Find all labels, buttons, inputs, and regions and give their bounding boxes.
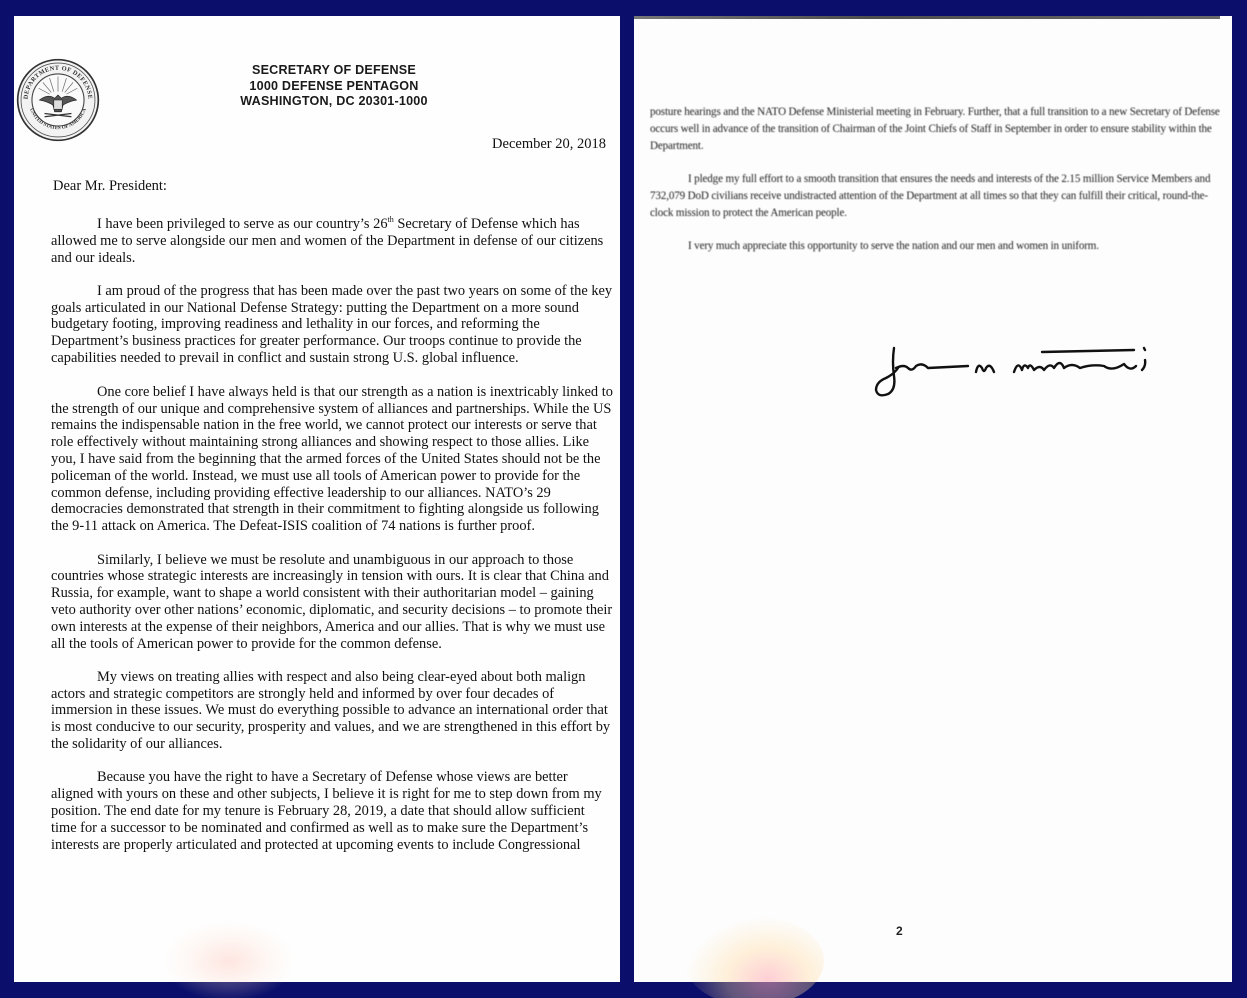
letterhead-title: SECRETARY OF DEFENSE [164, 63, 504, 79]
letter-date: December 20, 2018 [492, 136, 606, 153]
paper-stain [164, 921, 294, 998]
page-number: 2 [896, 924, 903, 938]
letter-page-2: posture hearings and the NATO Defense Mi… [634, 16, 1232, 982]
letterhead: SECRETARY OF DEFENSE 1000 DEFENSE PENTAG… [164, 63, 504, 110]
paragraph-2: I am proud of the progress that has been… [51, 283, 613, 367]
paper-stain [684, 916, 824, 998]
paragraph-pledge: I pledge my full effort to a smooth tran… [650, 171, 1220, 222]
scan-edge-line [634, 16, 1220, 19]
paragraph-3: One core belief I have always held is th… [51, 384, 613, 535]
paragraph-continued: posture hearings and the NATO Defense Mi… [650, 104, 1220, 155]
letter-body-page-2: posture hearings and the NATO Defense Mi… [650, 104, 1220, 272]
letterhead-city: WASHINGTON, DC 20301-1000 [164, 94, 504, 110]
salutation: Dear Mr. President: [53, 178, 167, 195]
department-of-defense-seal-icon: DEPARTMENT OF DEFENSE UNITED STATES OF A… [16, 58, 100, 142]
handwritten-signature-icon [872, 328, 1172, 404]
paragraph-1-text-start: I have been privileged to serve as our c… [97, 216, 388, 232]
paragraph-4: Similarly, I believe we must be resolute… [51, 552, 613, 653]
letter-page-1: DEPARTMENT OF DEFENSE UNITED STATES OF A… [14, 16, 620, 982]
paragraph-6: Because you have the right to have a Sec… [51, 769, 613, 853]
letterhead-address: 1000 DEFENSE PENTAGON [164, 79, 504, 95]
letter-body-page-1: I have been privileged to serve as our c… [51, 216, 613, 870]
paragraph-5: My views on treating allies with respect… [51, 669, 613, 753]
paragraph-1: I have been privileged to serve as our c… [51, 216, 613, 266]
paragraph-closing: I very much appreciate this opportunity … [650, 238, 1220, 255]
